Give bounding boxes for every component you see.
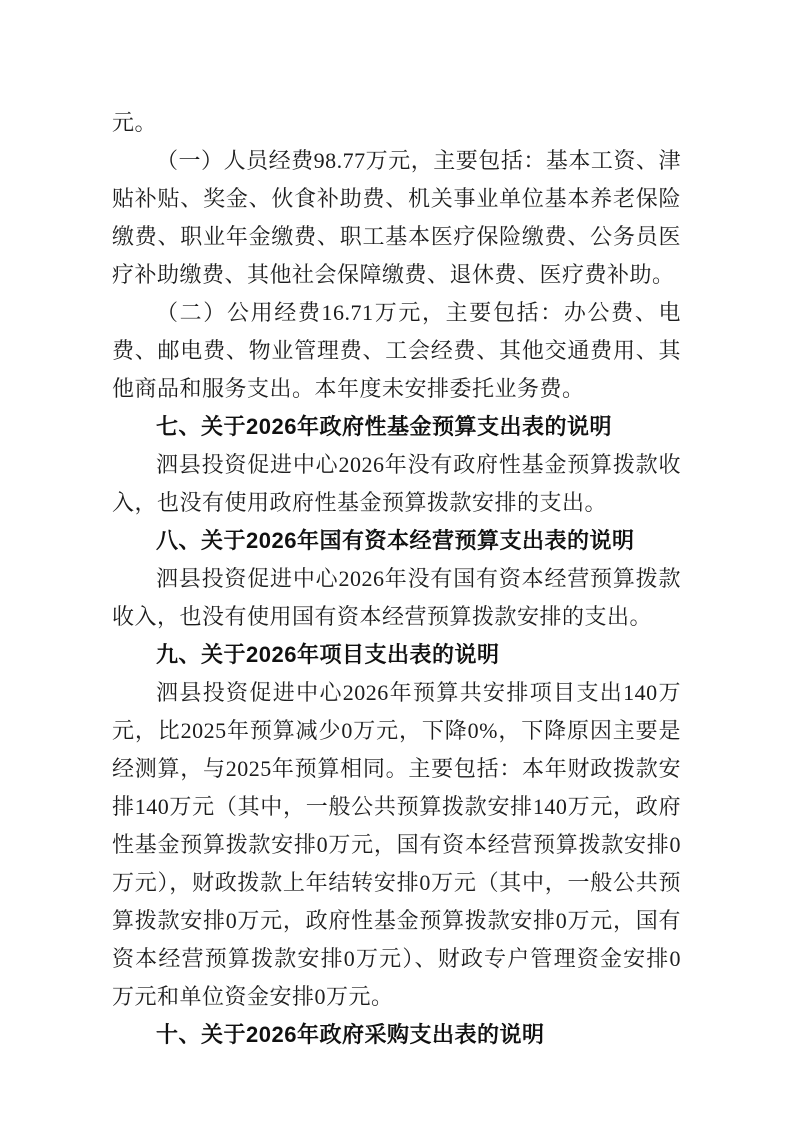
body-paragraph: （一）人员经费98.77万元，主要包括：基本工资、津贴补贴、奖金、伙食补助费、机… bbox=[112, 142, 681, 294]
section-heading: 八、关于2026年国有资本经营预算支出表的说明 bbox=[112, 522, 681, 560]
section-heading: 十、关于2026年政府采购支出表的说明 bbox=[112, 1016, 681, 1054]
section-heading: 九、关于2026年项目支出表的说明 bbox=[112, 636, 681, 674]
body-paragraph: （二）公用经费16.71万元，主要包括：办公费、电费、邮电费、物业管理费、工会经… bbox=[112, 294, 681, 408]
body-paragraph: 元。 bbox=[112, 104, 681, 142]
body-paragraph: 泗县投资促进中心2026年没有国有资本经营预算拨款收入，也没有使用国有资本经营预… bbox=[112, 560, 681, 636]
document-page: 元。（一）人员经费98.77万元，主要包括：基本工资、津贴补贴、奖金、伙食补助费… bbox=[0, 0, 793, 1122]
section-heading: 七、关于2026年政府性基金预算支出表的说明 bbox=[112, 408, 681, 446]
document-content: 元。（一）人员经费98.77万元，主要包括：基本工资、津贴补贴、奖金、伙食补助费… bbox=[112, 104, 681, 1054]
body-paragraph: 泗县投资促进中心2026年没有政府性基金预算拨款收入，也没有使用政府性基金预算拨… bbox=[112, 446, 681, 522]
body-paragraph: 泗县投资促进中心2026年预算共安排项目支出140万元，比2025年预算减少0万… bbox=[112, 674, 681, 1016]
